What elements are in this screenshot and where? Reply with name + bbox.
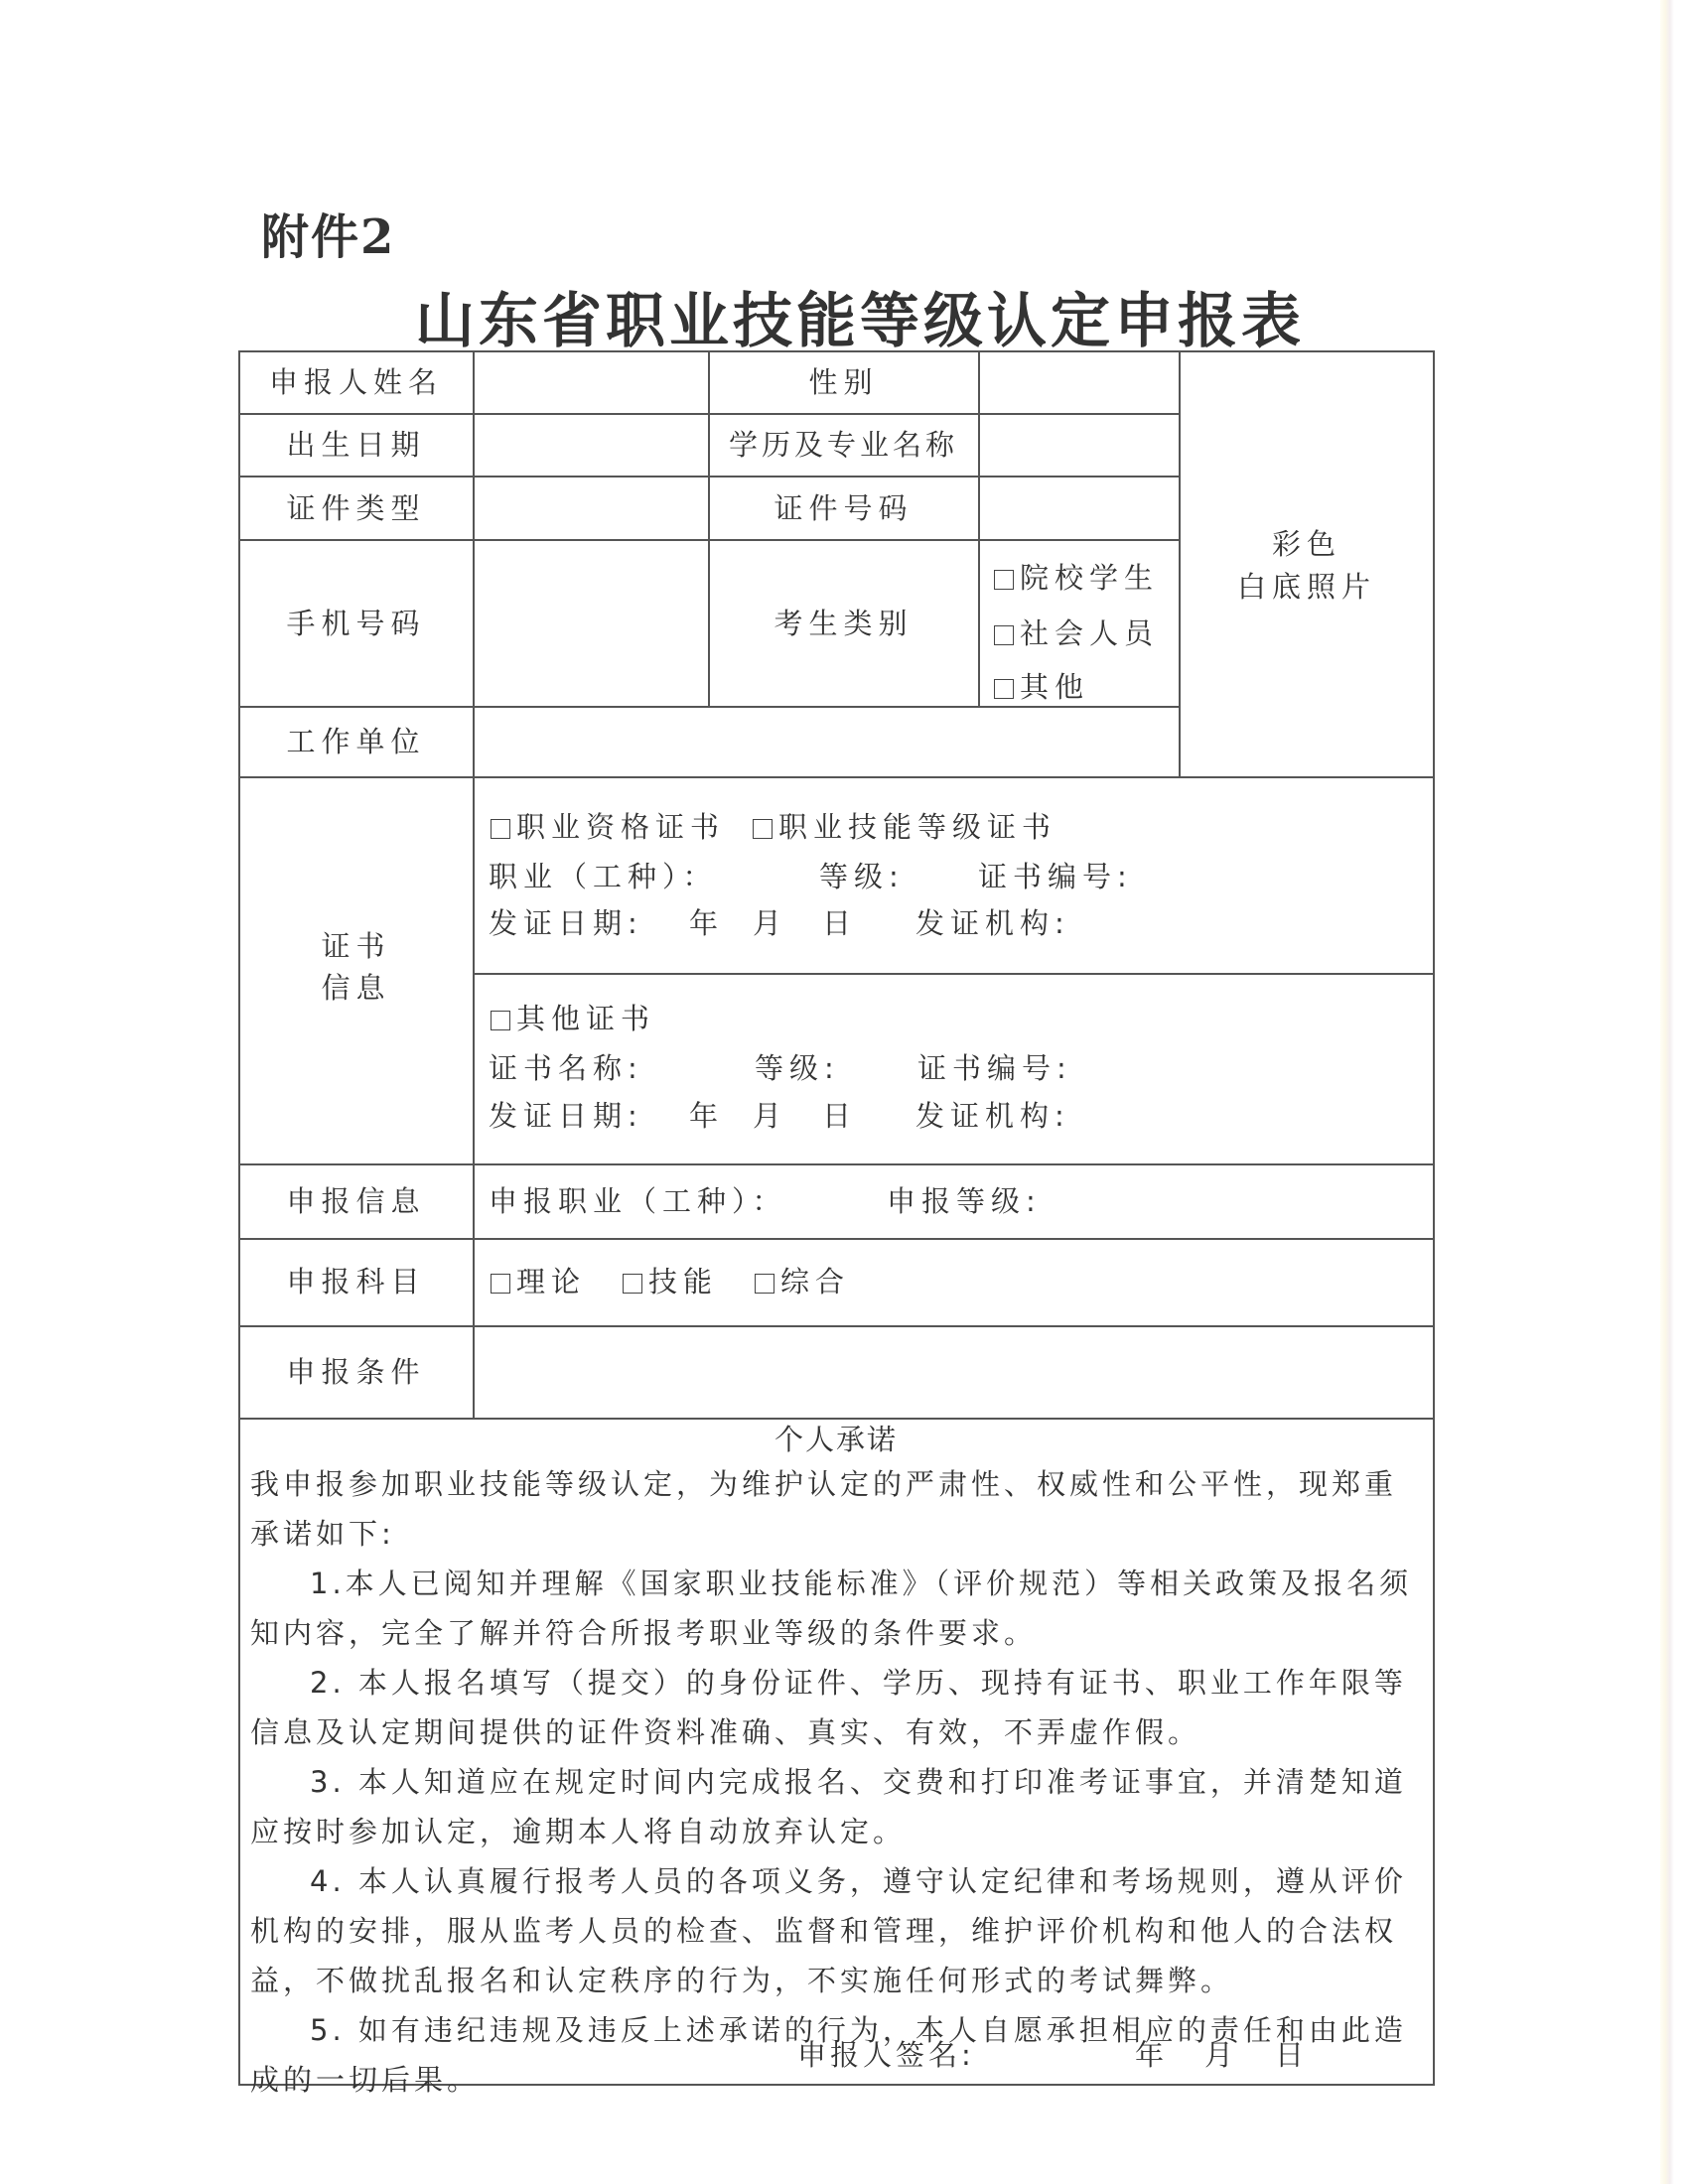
- phone-label: 手机号码: [239, 606, 473, 641]
- checkbox-icon[interactable]: [753, 819, 773, 839]
- photo-box[interactable]: 彩色 白底照片: [1181, 352, 1433, 775]
- cert1-date-label: 发证日期:: [489, 905, 643, 941]
- checkbox-icon[interactable]: [623, 1274, 642, 1294]
- id-type-label: 证件类型: [239, 490, 473, 526]
- id-number-field[interactable]: [980, 478, 1178, 537]
- scan-edge: [1660, 0, 1674, 2184]
- id-type-field[interactable]: [475, 478, 707, 537]
- cert1-year: 年: [689, 905, 724, 941]
- phone-field[interactable]: [475, 541, 707, 705]
- checkbox-icon[interactable]: [755, 1274, 774, 1294]
- cert2-number-label: 证书编号:: [917, 1050, 1072, 1086]
- application-occupation-label: 申报职业（工种）：: [489, 1183, 787, 1219]
- signature-day: 日: [1275, 2037, 1310, 2073]
- certificate-label-line2: 信息: [239, 970, 473, 1006]
- gender-label: 性别: [709, 364, 978, 400]
- cert1-issuer-label: 发证机构:: [915, 905, 1070, 941]
- name-field[interactable]: [475, 352, 707, 412]
- checkbox-icon[interactable]: [994, 570, 1014, 590]
- pledge-item-3: 3. 本人知道应在规定时间内完成报名、交费和打印准考证事宜，并清楚知道应按时参加…: [250, 1757, 1422, 1856]
- birth-label: 出生日期: [239, 427, 473, 463]
- application-info-label: 申报信息: [239, 1183, 473, 1219]
- checkbox-icon[interactable]: [491, 1274, 510, 1294]
- subject-skill[interactable]: 技能: [623, 1264, 718, 1299]
- checkbox-icon[interactable]: [491, 819, 510, 839]
- signature-field[interactable]: [978, 2030, 1127, 2075]
- pledge-intro: 我申报参加职业技能等级认定，为维护认定的严肃性、权威性和公平性，现郑重承诺如下:: [250, 1459, 1422, 1559]
- pledge-body: 我申报参加职业技能等级认定，为维护认定的严肃性、权威性和公平性，现郑重承诺如下:…: [250, 1459, 1422, 2105]
- cert2-day: 日: [822, 1098, 857, 1134]
- condition-field[interactable]: [475, 1327, 1432, 1417]
- gender-field[interactable]: [980, 352, 1178, 412]
- cert1-level-label: 等级:: [819, 859, 905, 894]
- candidate-type-public[interactable]: 社会人员: [994, 615, 1159, 651]
- pledge-item-1: 1.本人已阅知并理解《国家职业技能标准》（评价规范）等相关政策及报名须知内容，完…: [250, 1559, 1422, 1658]
- pledge-item-2: 2. 本人报名填写（提交）的身份证件、学历、现持有证书、职业工作年限等信息及认定…: [250, 1658, 1422, 1757]
- cert2-level-label: 等级:: [755, 1050, 840, 1086]
- checkbox-icon[interactable]: [491, 1011, 510, 1030]
- cert-option-skill-level[interactable]: 职业技能等级证书: [753, 809, 1056, 845]
- signature-month: 月: [1204, 2037, 1239, 2073]
- certificate-label-line1: 证书: [239, 928, 473, 964]
- cert1-day: 日: [822, 905, 857, 941]
- cert2-name-label: 证书名称:: [489, 1050, 643, 1086]
- application-level-label: 申报等级:: [887, 1183, 1042, 1219]
- cert-option-other[interactable]: 其他证书: [491, 1001, 655, 1036]
- page-title: 山东省职业技能等级认定申报表: [415, 274, 1269, 359]
- cert2-month: 月: [753, 1098, 787, 1134]
- cert2-date-label: 发证日期:: [489, 1098, 643, 1134]
- checkbox-icon[interactable]: [994, 625, 1014, 645]
- workplace-label: 工作单位: [239, 724, 473, 759]
- cert1-month: 月: [753, 905, 787, 941]
- condition-label: 申报条件: [239, 1354, 473, 1390]
- cert1-occupation-label: 职业（工种）：: [489, 859, 718, 894]
- cert2-issuer-label: 发证机构:: [915, 1098, 1070, 1134]
- cert-option-qualification[interactable]: 职业资格证书: [491, 809, 725, 845]
- name-label: 申报人姓名: [239, 364, 473, 400]
- education-field[interactable]: [980, 415, 1178, 475]
- checkbox-icon[interactable]: [994, 679, 1014, 699]
- photo-hint-line1: 彩色: [1181, 526, 1433, 562]
- subject-label: 申报科目: [239, 1264, 473, 1299]
- candidate-type-other[interactable]: 其他: [994, 669, 1089, 705]
- subject-theory[interactable]: 理论: [491, 1264, 586, 1299]
- candidate-type-student[interactable]: 院校学生: [994, 560, 1159, 596]
- education-label: 学历及专业名称: [709, 427, 978, 463]
- id-number-label: 证件号码: [709, 490, 978, 526]
- cert1-number-label: 证书编号:: [978, 859, 1133, 894]
- pledge-title: 个人承诺: [239, 1422, 1433, 1457]
- annex-label: 附件2: [261, 199, 395, 267]
- pledge-item-4: 4. 本人认真履行报考人员的各项义务，遵守认定纪律和考场规则，遵从评价机构的安排…: [250, 1856, 1422, 2005]
- cert2-year: 年: [689, 1098, 724, 1134]
- photo-hint-line2: 白底照片: [1181, 569, 1433, 605]
- candidate-type-label: 考生类别: [709, 606, 978, 641]
- workplace-field[interactable]: [475, 708, 1178, 775]
- birth-field[interactable]: [475, 415, 707, 475]
- signature-label: 申报人签名:: [797, 2037, 975, 2073]
- signature-year: 年: [1135, 2037, 1170, 2073]
- subject-comprehensive[interactable]: 综合: [755, 1264, 850, 1299]
